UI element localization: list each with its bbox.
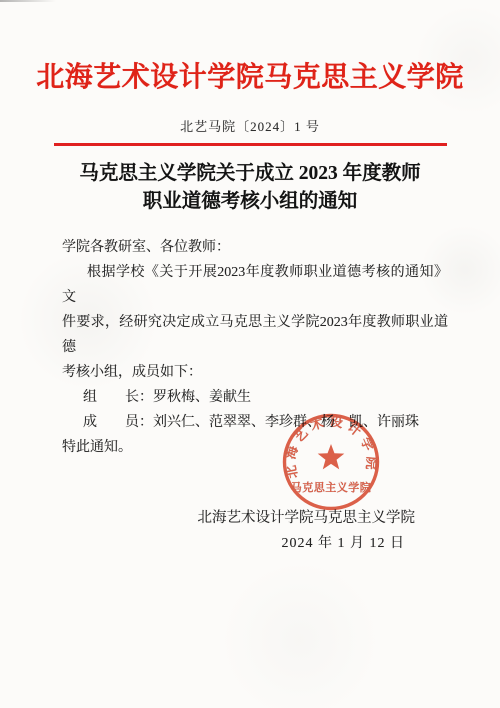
scan-artifact	[0, 0, 56, 2]
paragraph-line: 考核小组，成员如下：	[62, 360, 448, 385]
seal-bottom-text: 马克思主义学院	[291, 480, 372, 494]
official-seal: 北海艺术设计学院 马克思主义学院	[271, 402, 391, 522]
letterhead: 北海艺术设计学院马克思主义学院 北艺马院〔2024〕1 号	[0, 60, 500, 146]
signature-block: 北海艺术设计学院马克思主义学院 2024 年 1 月 12 日	[0, 511, 500, 551]
notice-title-line1: 马克思主义学院关于成立 2023 年度教师	[0, 160, 500, 188]
letterhead-divider	[54, 143, 447, 146]
doc-number: 北艺马院〔2024〕1 号	[0, 120, 500, 134]
paragraph-line: 件要求，经研究决定成立马克思主义学院2023年度教师职业道德	[62, 310, 448, 360]
document-page: 北海艺术设计学院马克思主义学院 北艺马院〔2024〕1 号 马克思主义学院关于成…	[0, 0, 500, 708]
signature-org: 北海艺术设计学院马克思主义学院	[0, 511, 500, 526]
seal-star	[318, 444, 345, 469]
notice-title-line2: 职业道德考核小组的通知	[0, 188, 500, 216]
paragraph-line: 根据学校《关于开展2023年度教师职业道德考核的通知》文	[62, 260, 448, 310]
notice-title: 马克思主义学院关于成立 2023 年度教师 职业道德考核小组的通知	[0, 160, 500, 216]
salutation-line: 学院各教研室、各位教师：	[62, 235, 448, 260]
letterhead-org-title: 北海艺术设计学院马克思主义学院	[0, 60, 500, 96]
signature-date: 2024 年 1 月 12 日	[0, 537, 500, 551]
